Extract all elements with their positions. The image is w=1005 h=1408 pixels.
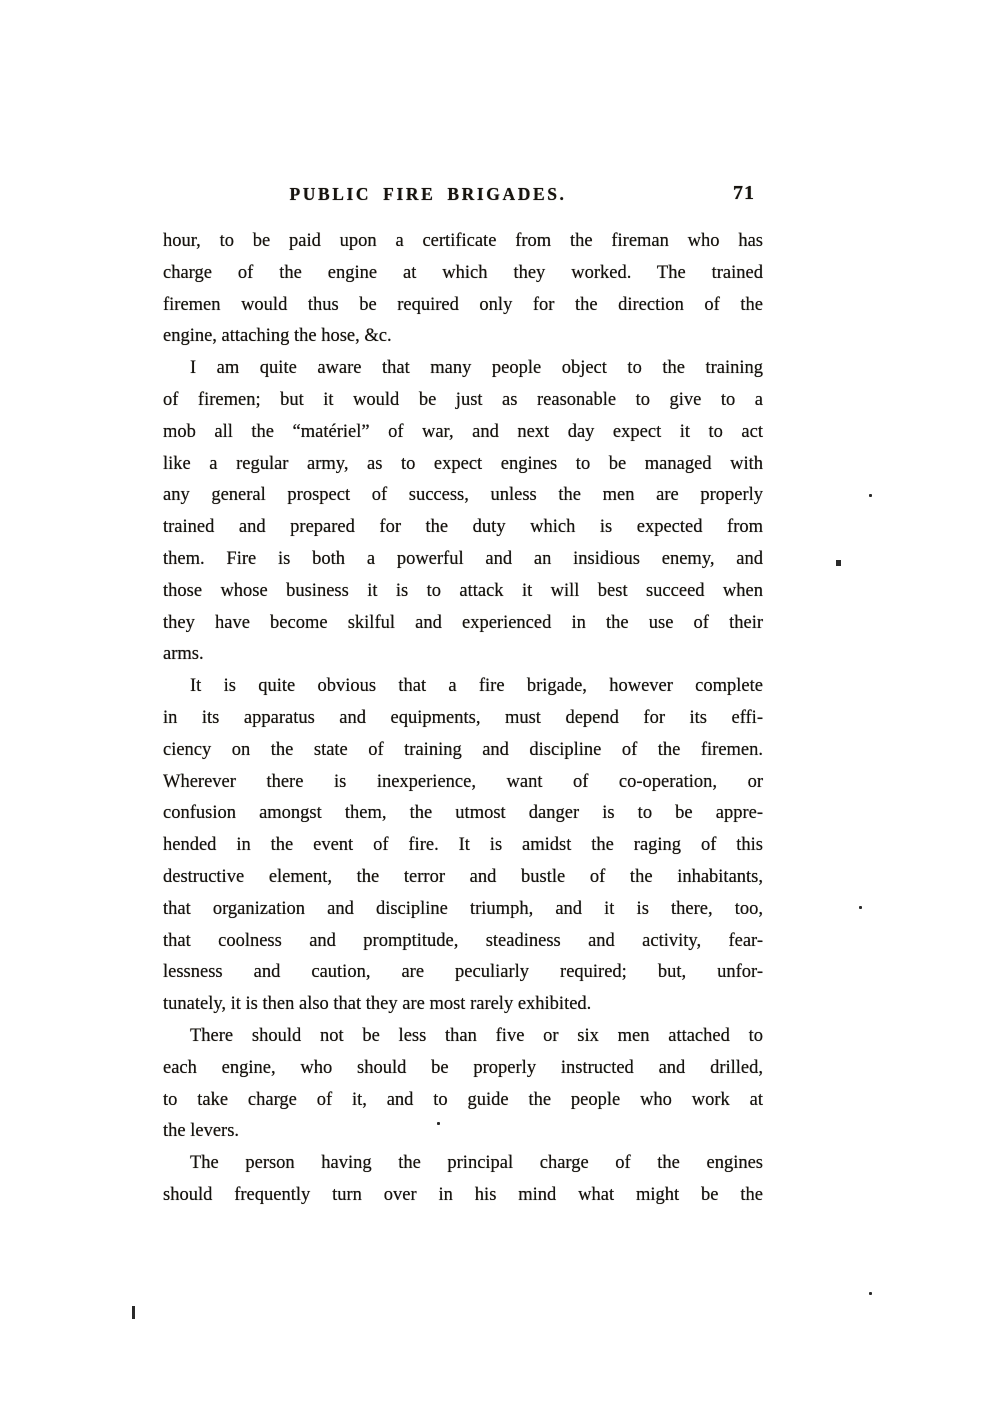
page-number: 71 <box>733 182 755 205</box>
text-line: that organization and discipline triumph… <box>163 894 763 926</box>
running-title: PUBLIC FIRE BRIGADES. <box>163 184 693 205</box>
text-line: hour, to be paid upon a certificate from… <box>163 226 763 258</box>
text-line: them. Fire is both a powerful and an ins… <box>163 544 763 576</box>
text-line: each engine, who should be properly inst… <box>163 1053 763 1085</box>
text-line: ciency on the state of training and disc… <box>163 735 763 767</box>
text-line: they have become skilful and experienced… <box>163 608 763 640</box>
text-line: to take charge of it, and to guide the p… <box>163 1085 763 1117</box>
scan-speck <box>859 906 862 909</box>
text-line: trained and prepared for the duty which … <box>163 512 763 544</box>
text-line: those whose business it is to attack it … <box>163 576 763 608</box>
scan-speck <box>437 1122 440 1125</box>
text-line: of firemen; but it would be just as reas… <box>163 385 763 417</box>
text-line: should frequently turn over in his mind … <box>163 1180 763 1212</box>
text-line: engine, attaching the hose, &c. <box>163 321 763 353</box>
scan-speck <box>836 560 841 566</box>
text-line: tunately, it is then also that they are … <box>163 989 763 1021</box>
text-line: mob all the “matériel” of war, and next … <box>163 417 763 449</box>
text-line: I am quite aware that many people object… <box>163 353 763 385</box>
scan-speck <box>132 1306 135 1319</box>
text-line: charge of the engine at which they worke… <box>163 258 763 290</box>
scan-speck <box>869 494 872 497</box>
text-line: The person having the principal charge o… <box>163 1148 763 1180</box>
text-line: There should not be less than five or si… <box>163 1021 763 1053</box>
text-line: confusion amongst them, the utmost dange… <box>163 798 763 830</box>
text-line: firemen would thus be required only for … <box>163 290 763 322</box>
text-line: that coolness and promptitude, steadines… <box>163 926 763 958</box>
text-line: the levers. <box>163 1116 763 1148</box>
text-line: any general prospect of success, unless … <box>163 480 763 512</box>
text-line: lessness and caution, are peculiarly req… <box>163 957 763 989</box>
text-line: in its apparatus and equipments, must de… <box>163 703 763 735</box>
text-line: Wherever there is inexperience, want of … <box>163 767 763 799</box>
text-line: It is quite obvious that a fire brigade,… <box>163 671 763 703</box>
text-line: arms. <box>163 639 763 671</box>
book-page: PUBLIC FIRE BRIGADES. 71 hour, to be pai… <box>0 0 1005 1408</box>
text-line: destructive element, the terror and bust… <box>163 862 763 894</box>
text-line: hended in the event of fire. It is amids… <box>163 830 763 862</box>
text-line: like a regular army, as to expect engine… <box>163 449 763 481</box>
page-header: PUBLIC FIRE BRIGADES. 71 <box>163 184 763 216</box>
body-text: hour, to be paid upon a certificate from… <box>163 226 763 1212</box>
scan-speck <box>869 1292 872 1295</box>
